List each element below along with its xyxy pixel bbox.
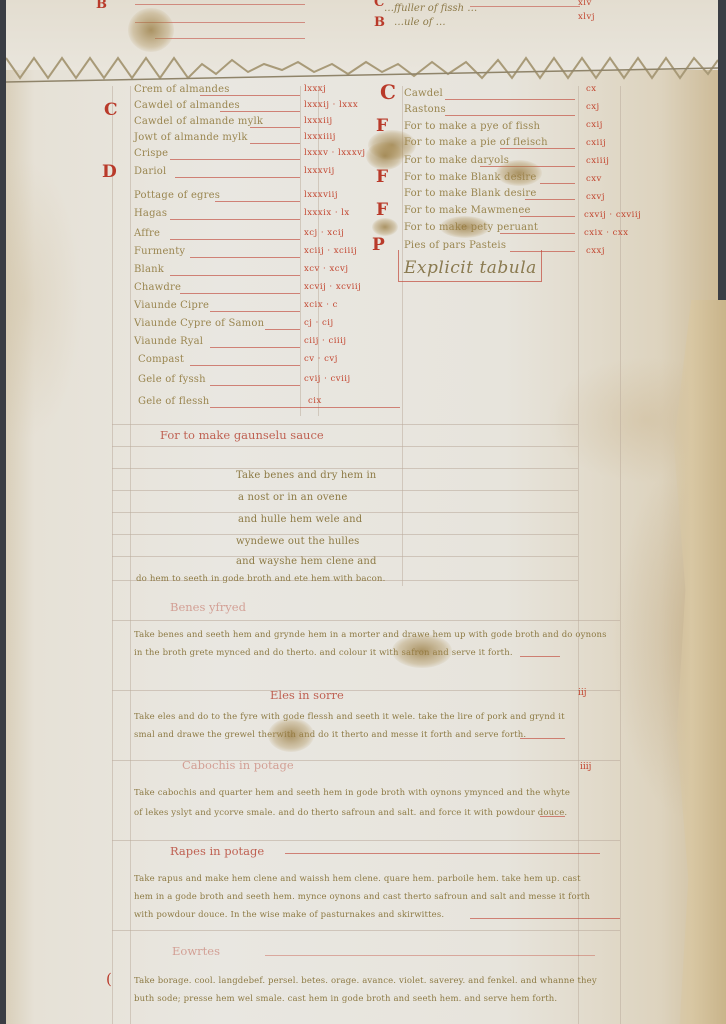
index-entry: Viaunde Cipre	[134, 298, 209, 313]
leader-line	[250, 143, 300, 144]
line-filler	[285, 853, 600, 854]
folio-number: cxj	[586, 100, 600, 115]
leader-line	[170, 275, 300, 276]
recipe-text-line: Take borage. cool. langdebef. persel. be…	[134, 974, 597, 988]
ruling-line	[112, 840, 620, 841]
index-entry: Furmenty	[134, 244, 185, 259]
stain	[392, 634, 452, 668]
folio-number: xcix · c	[304, 298, 338, 313]
stain	[268, 718, 314, 752]
leader-line	[200, 95, 300, 96]
folio-number: cxix · cxx	[584, 226, 629, 241]
leader-line	[170, 239, 300, 240]
leader-line	[170, 159, 300, 160]
folio-number: lxxxj	[304, 82, 326, 97]
recipe-heading: Eles in sorre	[270, 688, 344, 702]
prev-rule	[135, 4, 305, 5]
ink-stain	[128, 8, 174, 52]
ruling-line	[112, 620, 620, 621]
recipe-heading: For to make gaunselu sauce	[160, 428, 324, 442]
recipe-text-line: and hulle hem wele and	[238, 513, 362, 527]
recipe-text-line: Take benes and seeth hem and grynde hem …	[134, 628, 607, 642]
ruling-line	[112, 86, 113, 1024]
prev-initial-right: C	[374, 0, 384, 11]
recipe-text-line: wyndewe out the hulles	[236, 535, 359, 549]
initial-letter: F	[376, 169, 388, 186]
folio-number: cx	[586, 82, 597, 97]
leader-line	[540, 183, 575, 184]
folio-number: ciij · ciiij	[304, 334, 347, 349]
recipe-text-line: Take rapus and make hem clene and waissh…	[134, 872, 581, 886]
recipe-text-line: with powdour douce. In the wise make of …	[134, 908, 444, 922]
index-entry: Rastons	[404, 102, 446, 117]
prev-right-row: …ffuller of fissh …	[384, 3, 477, 17]
leader-line	[220, 111, 300, 112]
line-filler	[265, 955, 595, 956]
leader-line	[190, 257, 300, 258]
prev-rule	[470, 6, 580, 7]
recipe-number: iij	[578, 688, 587, 698]
recipe-text-line: Take benes and dry hem in	[236, 469, 376, 483]
manuscript-scan: B C …ffuller of fissh … B …ule of … xlv …	[0, 0, 726, 1024]
folio-number: cv · cvj	[304, 352, 338, 367]
initial-letter: F	[376, 202, 388, 219]
folio-number: cxv	[586, 172, 602, 187]
prev-right-row: …ule of …	[394, 17, 446, 31]
stain	[372, 218, 398, 236]
leader-line	[210, 407, 400, 408]
index-entry: Cawdel of almande mylk	[134, 114, 263, 129]
folio-number: cxvj	[586, 190, 605, 205]
folio-number: cvij · cviij	[304, 372, 351, 387]
folio-number: cxvij · cxviij	[584, 208, 641, 223]
leader-line	[210, 347, 300, 348]
leader-line	[175, 177, 300, 178]
initial-letter: C	[380, 84, 396, 101]
ruling-line	[130, 86, 131, 1024]
leader-line	[445, 99, 575, 100]
index-entry: Viaunde Ryal	[134, 334, 203, 349]
folio-number: lxxxix · lx	[304, 206, 350, 221]
leader-line	[265, 329, 300, 330]
folio-number: xcvij · xcviij	[304, 280, 361, 295]
leader-line	[525, 199, 575, 200]
folio-number: cj · cij	[304, 316, 334, 331]
recipe-heading: Eowrtes	[172, 944, 220, 958]
index-entry: For to make a pye of fissh	[404, 119, 540, 134]
index-entry: Hagas	[134, 206, 167, 221]
membrane-seam	[6, 54, 718, 84]
stain	[496, 160, 542, 186]
prev-initial-right-2: B	[374, 14, 385, 31]
index-entry: Gele of flessh	[138, 394, 209, 409]
line-filler	[540, 816, 565, 817]
recipe-text-line: do hem to seeth in gode broth and ete he…	[136, 572, 385, 586]
recipe-text-line: buth sode; presse hem wel smale. cast he…	[134, 992, 557, 1006]
leader-line	[250, 127, 300, 128]
index-entry: Compast	[138, 352, 184, 367]
folio-number: cxiij	[586, 136, 606, 151]
initial-letter: P	[372, 237, 385, 254]
ruling-line	[112, 690, 620, 691]
index-entry: For to make Blank desire	[404, 186, 537, 201]
recipe-text-line: smal and drawe the grewel therwith and d…	[134, 728, 526, 742]
initial-letter: D	[102, 164, 117, 181]
recipe-text-line: in the broth grete mynced and do therto.…	[134, 646, 513, 660]
leader-line	[170, 219, 300, 220]
folio-number: lxxxij · lxxx	[304, 98, 358, 113]
folio-number: cxxj	[586, 244, 605, 259]
recipe-text-line: Take cabochis and quarter hem and seeth …	[134, 786, 570, 800]
index-entry: Pottage of egres	[134, 188, 220, 203]
leader-line	[210, 385, 300, 386]
initial-letter: C	[104, 102, 118, 119]
folio-number: lxxxviij	[304, 188, 338, 203]
explicit-tabula: Explicit tabula	[404, 258, 537, 278]
index-entry: Affre	[134, 226, 160, 241]
paragraph-mark-icon: (	[106, 970, 112, 988]
recipe-text-line: Take eles and do to the fyre with gode f…	[134, 710, 565, 724]
leader-line	[215, 201, 300, 202]
index-entry: Jowt of almande mylk	[134, 130, 248, 145]
folio-number: lxxxvij	[304, 164, 335, 179]
leader-line	[500, 233, 575, 234]
index-entry: Chawdre	[134, 280, 181, 295]
recipe-text-line: hem in a gode broth and seeth hem. mynce…	[134, 890, 590, 904]
ruling-line	[112, 424, 578, 425]
leader-line	[210, 311, 300, 312]
folio-number: lxxxv · lxxxvj	[304, 146, 366, 161]
ruling-line	[112, 446, 578, 447]
folio-number: lxxxiiij	[304, 130, 336, 145]
leader-line	[445, 115, 575, 116]
ruling-line	[112, 930, 620, 931]
stain	[440, 216, 490, 238]
recipe-number: iiij	[580, 762, 591, 772]
ruling-line	[300, 86, 301, 416]
prev-initial-left: B	[96, 0, 107, 13]
leader-line	[180, 293, 300, 294]
prev-folio: xlvj	[578, 10, 595, 25]
recipe-text-line: of lekes yslyt and ycorve smale. and do …	[134, 806, 567, 820]
recipe-heading: Rapes in potage	[170, 844, 264, 858]
leader-line	[190, 365, 300, 366]
leader-line	[500, 148, 575, 149]
index-entry: Blank	[134, 262, 164, 277]
prev-rule	[155, 38, 305, 39]
leader-line	[520, 216, 575, 217]
folio-number: cxij	[586, 118, 603, 133]
index-entry: Gele of fyssh	[138, 372, 206, 387]
index-entry: Cawdel	[404, 86, 443, 101]
index-entry: Viaunde Cypre of Samon	[134, 316, 264, 331]
line-filler	[470, 918, 620, 919]
line-filler	[520, 738, 565, 739]
recipe-text-line: and wayshe hem clene and	[236, 555, 377, 569]
recipe-text-line: a nost or in an ovene	[238, 491, 347, 505]
folio-number: lxxxiij	[304, 114, 333, 129]
folio-number: xcv · xcvj	[304, 262, 348, 277]
line-filler	[520, 656, 560, 657]
folio-number: cxiiij	[586, 154, 609, 169]
folio-number: xciij · xciiij	[304, 244, 357, 259]
folio-number: xcj · xcij	[304, 226, 344, 241]
zigzag-stitch-icon	[6, 54, 718, 84]
recipe-heading: Cabochis in potage	[182, 758, 294, 772]
index-entry: Crispe	[134, 146, 168, 161]
stain	[366, 142, 404, 170]
index-entry: Dariol	[134, 164, 166, 179]
recipe-heading: Benes yfryed	[170, 600, 246, 614]
